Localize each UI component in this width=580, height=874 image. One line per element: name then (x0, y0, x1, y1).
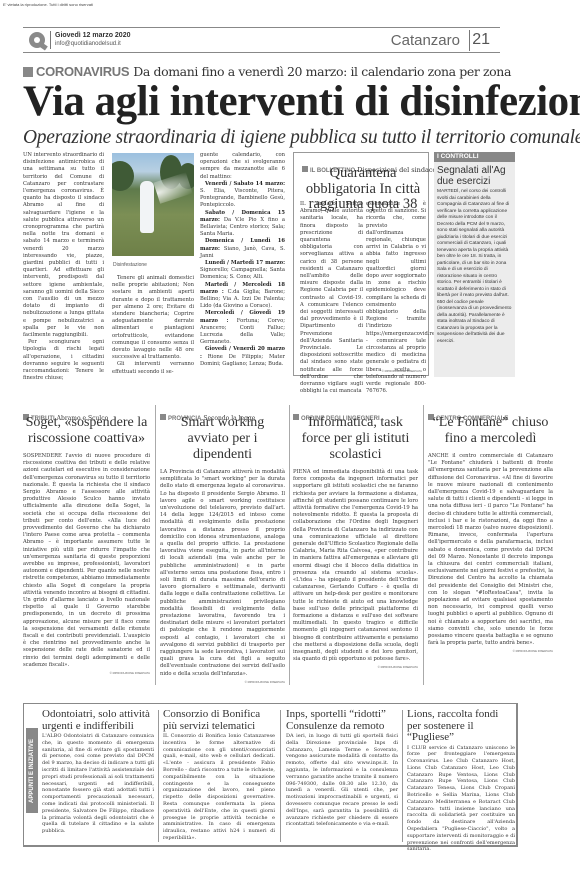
lead-column-3: guente calendario, con operazioni che si… (200, 152, 285, 368)
secondary-stories: TRIBUTIAbramo e Sculco Soget, «sospender… (23, 405, 563, 695)
lead-column-1: UN intervento straordinario di disinfezi… (23, 152, 104, 383)
brief-title: Consorzio di Bonifica più servizi telema… (163, 709, 275, 732)
reserved-notice: © RIPRODUZIONE RISERVATA (293, 665, 418, 669)
schedule-item: Mercoledì / Giovedì 19 marzo : Fortuna; … (200, 310, 285, 346)
schedule-item: Domenica / Lunedì 16 marzo: Siano, Janò,… (200, 238, 285, 260)
page-number: 21 (472, 31, 490, 49)
controlli-text: MARTEDÌ, nel corso dei controlli svolti … (434, 189, 515, 345)
lead-headline: Via agli interventi di disinfezione (23, 79, 553, 125)
schedule-item: Lunedì / Martedì 17 marzo: Signorello; C… (200, 260, 285, 282)
column-divider (402, 710, 403, 842)
column-divider (289, 405, 290, 685)
story-provincia: PROVINCIASecondo la legge Smart working … (160, 405, 285, 685)
reserved-notice: © RIPRODUZIONE RISERVATA (382, 369, 422, 373)
divider (469, 30, 470, 51)
column-divider (155, 405, 156, 685)
controlli-title: Segnalati all'Ag due esercizi (434, 162, 515, 189)
brief-lions: Lions, raccolta fondi per sostenere il “… (407, 709, 515, 853)
appunti-label: APPUNTI E INIZIATIVE (26, 728, 38, 813)
brief-title: Inps, sportelli “ridotti” Consulenze da … (286, 709, 398, 732)
contact-email[interactable]: info@quotidianodelsud.it (55, 41, 121, 47)
story-title: “Le Fontane” chiuso fino a mercoledì (428, 415, 553, 447)
appunti-box: APPUNTI E INIZIATIVE Odontoiatri, solo a… (23, 703, 518, 847)
story-tributi: TRIBUTIAbramo e Sculco Soget, «sospender… (23, 405, 150, 685)
column-divider (280, 710, 281, 842)
kicker-text: Da domani fino a venerdì 20 marzo: il ca… (133, 64, 511, 79)
paragraph: Tenere gli animali domestici nelle propr… (112, 275, 194, 361)
schedule-item: Sabato / Domenica 15 marzo: Da V.le Pio … (200, 210, 285, 239)
story-ingegneri: ORDINE DEGLI INGEGNERI Informatica, task… (293, 405, 418, 685)
copyright-notice: E' vietata la riproduzione. Tutti i diri… (3, 2, 93, 7)
controlli-label: I CONTROLLI (434, 152, 515, 162)
story-body: LA Provincia di Catanzaro attiverà in mo… (160, 469, 285, 678)
masthead: Giovedì 12 marzo 2020 info@quotidianodel… (23, 27, 500, 53)
lead-subhead: Operazione straordinaria di igiene pubbl… (23, 127, 563, 149)
column-divider (158, 710, 159, 842)
brief-body: IL Consorzio di Bonifica Ionio Catanzare… (163, 733, 275, 842)
divider (50, 31, 51, 49)
brief-inps: Inps, sportelli “ridotti” Consulenze da … (286, 709, 398, 828)
schedule-item: Venerdì / Sabato 14 marzo: S. Elia, Visc… (200, 181, 285, 210)
reserved-notice: © RIPRODUZIONE RISERVATA (428, 649, 553, 653)
controlli-box: I CONTROLLI Segnalati all'Ag due eserciz… (434, 152, 515, 377)
newspaper-logo-icon (29, 32, 45, 48)
paragraph: Gli interventi verranno effettuati secon… (112, 361, 194, 375)
square-bullet-icon (293, 414, 299, 420)
story-body: PIENA ed immediata disponibilità di una … (293, 469, 418, 663)
story-title: Smart working avviato per i dipendenti (160, 415, 285, 463)
schedule-item: Martedì / Mercoledì 18 marzo : C.da Gigl… (200, 282, 285, 311)
story-centro-commerciale: CENTRO COMMERCIALE “Le Fontane” chiuso f… (428, 405, 553, 685)
issue-date: Giovedì 12 marzo 2020 (55, 32, 130, 39)
bollettino-column-2: osservazione è oggetto di sanzione. Si r… (366, 201, 426, 395)
bollettino-column-1: IL sindaco Sergio Abramo, quale autorità… (300, 201, 363, 395)
paragraph: UN intervento straordinario di disinfezi… (23, 152, 104, 339)
story-title: Soget, «sospendere la riscossione coatti… (23, 415, 150, 447)
story-body: ANCHE il centro commerciale di Catanzaro… (428, 453, 553, 647)
reserved-notice: © RIPRODUZIONE RISERVATA (23, 671, 150, 675)
bollettino-box: IL BOLLETTINODisposizioni del sindaco Qu… (293, 152, 429, 376)
brief-title: Odontoiatri, solo attività urgenti e ind… (42, 709, 154, 732)
brief-body: DA ieri, in luogo di tutti gli sportelli… (286, 733, 398, 828)
photo-caption: Disinfestazione (113, 262, 147, 268)
brief-consorzio: Consorzio di Bonifica più servizi telema… (163, 709, 275, 842)
column-divider (423, 405, 424, 685)
lead-column-2: Tenere gli animali domestici nelle propr… (112, 275, 194, 376)
brief-body: L'ALBO Odontoiatri di Catanzaro comunica… (42, 733, 154, 835)
schedule-item: Giovedì / Venerdì 20 marzo : Rione De Fi… (200, 346, 285, 368)
paragraph: Per scongiurare ogni tipologia di rischi… (23, 339, 104, 382)
reserved-notice: © RIPRODUZIONE RISERVATA (160, 680, 285, 684)
story-body: SOSPENDERE l'avvio di nuove procedure di… (23, 453, 150, 669)
square-bullet-icon (160, 414, 166, 420)
section-name: Catanzaro (391, 32, 460, 49)
square-bullet-icon (23, 67, 33, 77)
kicker-tag: CORONAVIRUS (36, 64, 129, 79)
brief-title: Lions, raccolta fondi per sostenere il “… (407, 709, 515, 744)
story-title: Informatica, task force per gli istituti… (293, 415, 418, 463)
paragraph: guente calendario, con operazioni che si… (200, 152, 285, 181)
brief-odontoiatri: Odontoiatri, solo attività urgenti e ind… (42, 709, 154, 835)
brief-body: I CLUB service di Catanzaro uniscono le … (407, 745, 515, 854)
disinfection-photo (112, 153, 194, 256)
